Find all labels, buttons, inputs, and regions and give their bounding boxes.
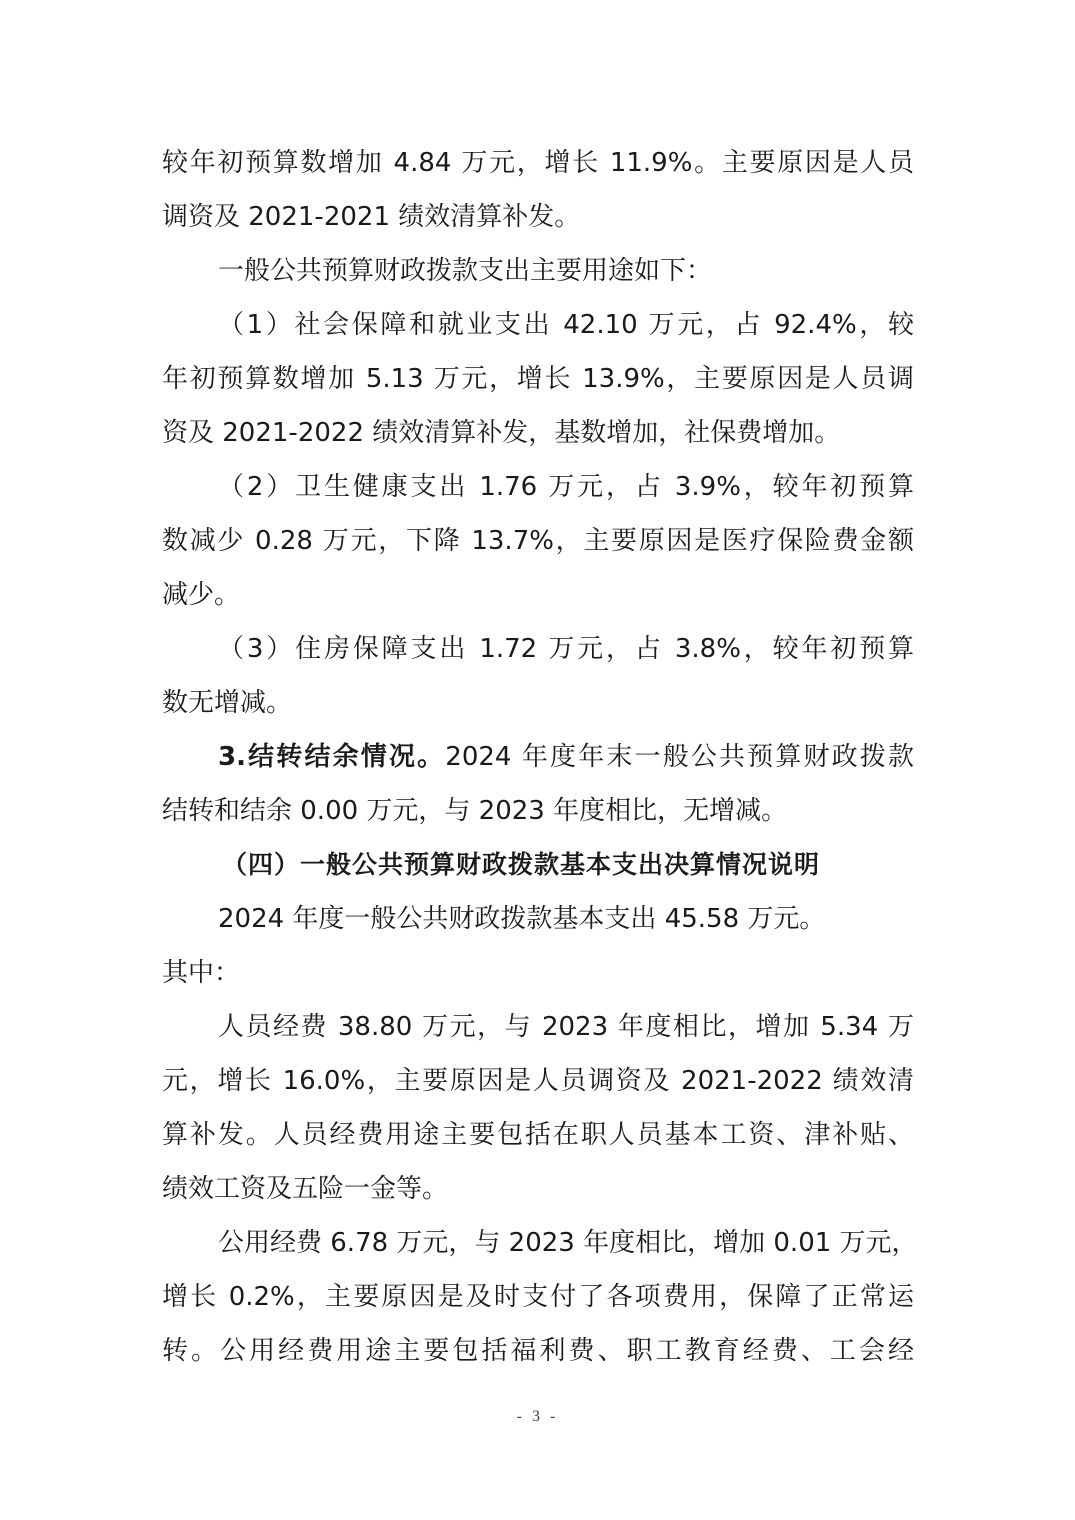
personnel-expense-paragraph: 人员经费 38.80 万元，与 2023 年度相比，增加 5.34 万 [162,1000,914,1054]
item-2-health: （2）卫生健康支出 1.76 万元，占 3.9%，较年初预算 [162,460,914,514]
paragraph-intro-uses: 一般公共预算财政拨款支出主要用途如下： [162,244,914,298]
basic-expenditure-total: 2024 年度一般公共财政拨款基本支出 45.58 万元。 [162,892,914,946]
text-line-6: 资及 2021-2022 绩效清算补发，基数增加，社保费增加。 [162,406,914,460]
text-line-18: 元，增长 16.0%，主要原因是人员调资及 2021-2022 绩效清 [162,1054,914,1108]
text-line-5: 年初预算数增加 5.13 万元，增长 13.9%，主要原因是人员调 [162,352,914,406]
page-number: - 3 - [0,1408,1075,1426]
text-line-9: 减少。 [162,568,914,622]
item-1-social-security: （1）社会保障和就业支出 42.10 万元，占 92.4%，较 [162,298,914,352]
item-3-housing: （3）住房保障支出 1.72 万元，占 3.8%，较年初预算 [162,622,914,676]
carryover-text: 2024 年度年末一般公共预算财政拨款 [445,742,914,772]
text-line-16: 其中： [162,946,914,1000]
carryover-heading: 3.结转结余情况。 [218,742,445,772]
text-line-23: 转。公用经费用途主要包括福利费、职工教育经费、工会经 [162,1324,914,1378]
text-line-1: 较年初预算数增加 4.84 万元，增长 11.9%。主要原因是人员 [162,136,914,190]
text-line-2: 调资及 2021-2021 绩效清算补发。 [162,190,914,244]
section-heading-four: （四）一般公共预算财政拨款基本支出决算情况说明 [162,838,914,892]
text-line-8: 数减少 0.28 万元，下降 13.7%，主要原因是医疗保险费金额 [162,514,914,568]
text-line-13: 结转和结余 0.00 万元，与 2023 年度相比，无增减。 [162,784,914,838]
public-expense-paragraph: 公用经费 6.78 万元，与 2023 年度相比，增加 0.01 万元， [162,1216,914,1270]
document-page: 较年初预算数增加 4.84 万元，增长 11.9%。主要原因是人员 调资及 20… [162,136,914,1378]
text-line-20: 绩效工资及五险一金等。 [162,1162,914,1216]
text-line-22: 增长 0.2%，主要原因是及时支付了各项费用，保障了正常运 [162,1270,914,1324]
carryover-paragraph: 3.结转结余情况。2024 年度年末一般公共预算财政拨款 [162,730,914,784]
text-line-11: 数无增减。 [162,676,914,730]
text-line-19: 算补发。人员经费用途主要包括在职人员基本工资、津补贴、 [162,1108,914,1162]
